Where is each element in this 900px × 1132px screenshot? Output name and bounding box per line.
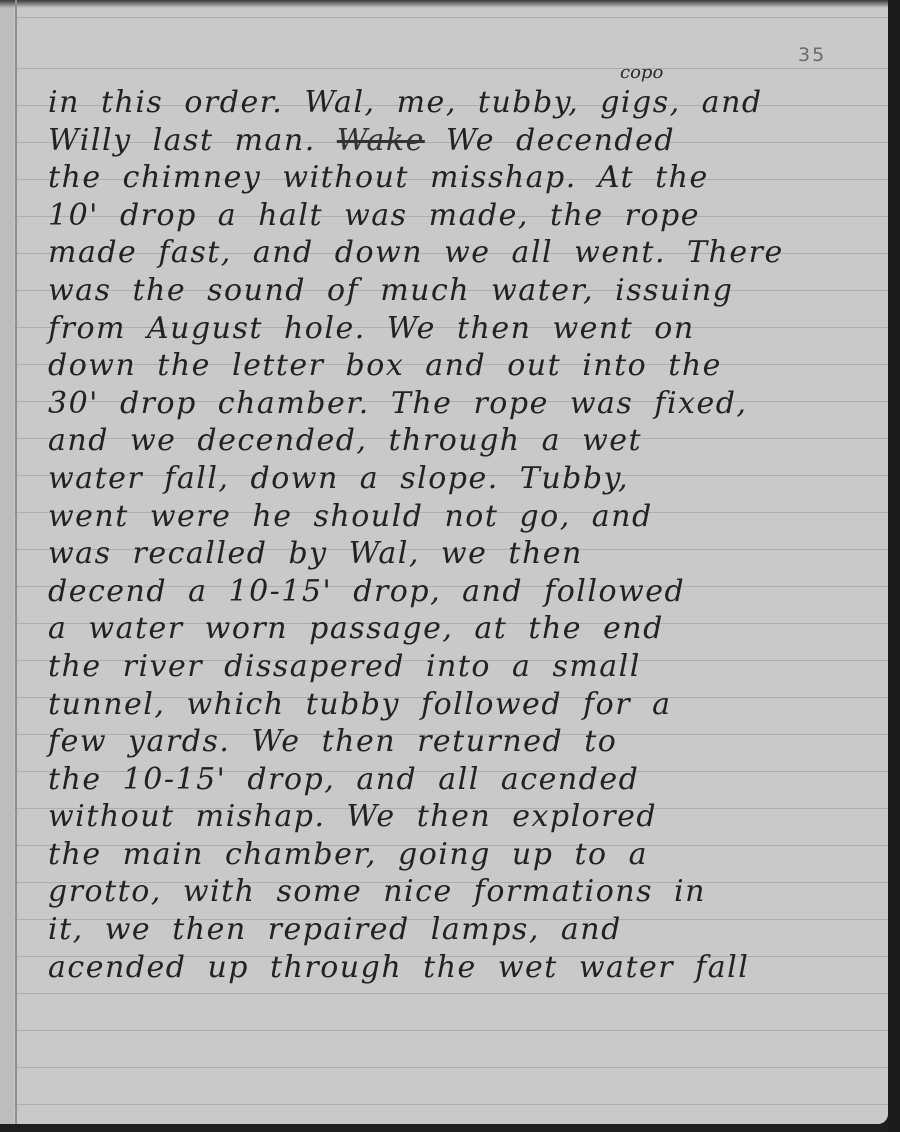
text-line: the river dissapered into a small xyxy=(48,648,878,686)
text-line: decend a 10-15' drop, and followed xyxy=(48,573,878,611)
text-line: acended up through the wet water fall xyxy=(48,949,878,987)
text-line: grotto, with some nice formations in xyxy=(48,873,878,911)
text-line: water fall, down a slope. Tubby, xyxy=(48,460,878,498)
text-line: it, we then repaired lamps, and xyxy=(48,911,878,949)
text-line: was the sound of much water, issuing xyxy=(48,272,878,310)
text-line: and we decended, through a wet xyxy=(48,422,878,460)
text-line: was recalled by Wal, we then xyxy=(48,535,878,573)
text-line: 30' drop chamber. The rope was fixed, xyxy=(48,385,878,423)
text-fragment: Willy last man. xyxy=(48,123,316,158)
page-top-shadow xyxy=(0,0,888,8)
text-line: the chimney without misshap. At the xyxy=(48,159,878,197)
struck-word: Wake xyxy=(337,123,425,158)
text-line: the 10-15' drop, and all acended xyxy=(48,761,878,799)
notebook-binding-edge xyxy=(888,0,900,1132)
text-line: Willy last man. Wake We decended xyxy=(48,122,878,160)
text-line: without mishap. We then explored xyxy=(48,798,878,836)
handwritten-text: in this order. Wal, me, tubby, gigs, and… xyxy=(48,84,878,986)
text-fragment: We decended xyxy=(446,123,675,158)
text-line: went were he should not go, and xyxy=(48,498,878,536)
text-line: 10' drop a halt was made, the rope xyxy=(48,197,878,235)
text-line: tunnel, which tubby followed for a xyxy=(48,686,878,724)
text-line: a water worn passage, at the end xyxy=(48,610,878,648)
text-line: made fast, and down we all went. There xyxy=(48,234,878,272)
notebook-page: 35 copo in this order. Wal, me, tubby, g… xyxy=(0,0,888,1124)
text-line: few yards. We then returned to xyxy=(48,723,878,761)
text-line: the main chamber, going up to a xyxy=(48,836,878,874)
page-number: 35 xyxy=(798,44,826,66)
insertion-mark: copo xyxy=(620,62,663,83)
text-line: down the letter box and out into the xyxy=(48,347,878,385)
text-line: from August hole. We then went on xyxy=(48,310,878,348)
margin-line xyxy=(15,0,17,1124)
text-line: in this order. Wal, me, tubby, gigs, and xyxy=(48,84,878,122)
